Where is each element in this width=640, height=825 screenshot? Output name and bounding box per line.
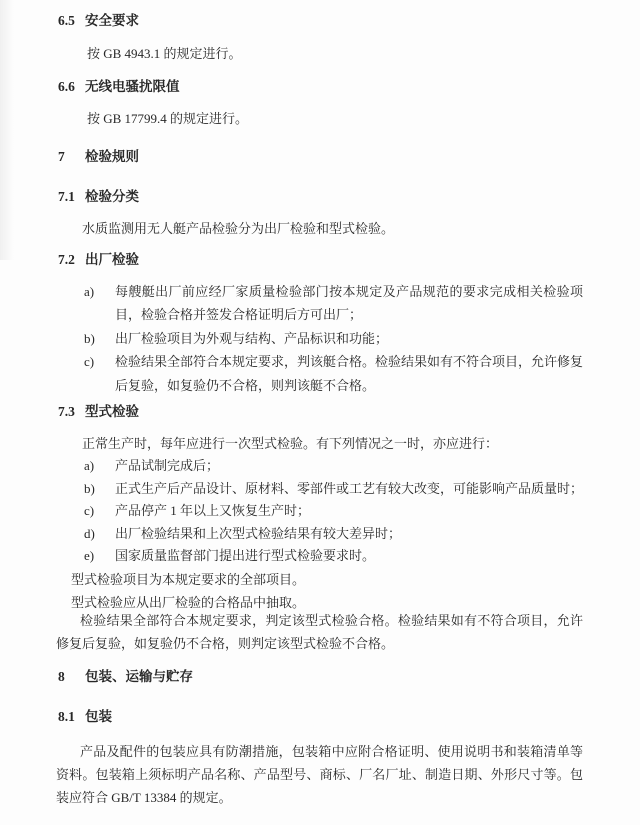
list-marker: c) bbox=[84, 500, 94, 523]
section-title: 出厂检验 bbox=[85, 252, 139, 267]
section-heading-6-5: 6.5 安全要求 bbox=[58, 9, 583, 33]
section-number: 7.2 bbox=[58, 248, 75, 272]
document-body: 6.5 安全要求 按 GB 4943.1 的规定进行。 6.6 无线电骚扰限值 … bbox=[56, 9, 583, 809]
chapter-number: 8 bbox=[58, 665, 65, 689]
list-marker: a) bbox=[84, 280, 94, 304]
paragraph-8-1: 产品及配件的包装应具有防潮措施，包装箱中应附合格证明、使用说明书和装箱清单等资料… bbox=[56, 740, 583, 809]
list-item-text: 正式生产后产品设计、原材料、零部件或工艺有较大改变，可能影响产品质量时； bbox=[115, 481, 583, 496]
list-item: c) 产品停产 1 年以上又恢复生产时； bbox=[56, 500, 583, 523]
list-item-text: 出厂检验结果和上次型式检验结果有较大差异时； bbox=[115, 526, 401, 541]
section-number: 7.1 bbox=[58, 185, 75, 209]
section-number: 6.6 bbox=[58, 75, 75, 99]
list-item: d) 出厂检验结果和上次型式检验结果有较大差异时； bbox=[56, 523, 583, 546]
paragraph-7-3-intro: 正常生产时，每年应进行一次型式检验。有下列情况之一时，亦应进行： bbox=[56, 432, 583, 456]
section-heading-6-6: 6.6 无线电骚扰限值 bbox=[58, 75, 583, 99]
list-7-2: a) 每艘艇出厂前应经厂家质量检验部门按本规定及产品规范的要求完成相关检验项目，… bbox=[56, 280, 583, 398]
list-item: c) 检验结果全部符合本规定要求，判该艇合格。检验结果如有不符合项目，允许修复后… bbox=[56, 350, 583, 397]
list-item: a) 每艘艇出厂前应经厂家质量检验部门按本规定及产品规范的要求完成相关检验项目，… bbox=[56, 280, 583, 327]
chapter-title: 包装、运输与贮存 bbox=[85, 669, 193, 684]
section-heading-8-1: 8.1 包装 bbox=[58, 705, 583, 729]
list-marker: a) bbox=[84, 455, 94, 478]
section-number: 6.5 bbox=[58, 9, 75, 33]
chapter-heading-7: 7 检验规则 bbox=[58, 145, 583, 169]
list-item: e) 国家质量监督部门提出进行型式检验要求时。 bbox=[56, 545, 583, 568]
list-item: b) 出厂检验项目为外观与结构、产品标识和功能； bbox=[56, 327, 583, 351]
list-item-text: 国家质量监督部门提出进行型式检验要求时。 bbox=[115, 548, 375, 563]
paragraph-7-3-conclusion: 检验结果全部符合本规定要求，判定该型式检验合格。检验结果如有不符合项目，允许修复… bbox=[56, 609, 583, 656]
list-marker: b) bbox=[84, 478, 95, 501]
list-item: b) 正式生产后产品设计、原材料、零部件或工艺有较大改变，可能影响产品质量时； bbox=[56, 478, 583, 501]
chapter-title: 检验规则 bbox=[85, 149, 139, 164]
section-number: 7.3 bbox=[58, 400, 75, 424]
section-heading-7-3: 7.3 型式检验 bbox=[58, 400, 583, 424]
paragraph-6-5: 按 GB 4943.1 的规定进行。 bbox=[56, 42, 583, 66]
list-item-text: 检验结果全部符合本规定要求，判该艇合格。检验结果如有不符合项目，允许修复后复验，… bbox=[115, 354, 583, 393]
list-item-text: 出厂检验项目为外观与结构、产品标识和功能； bbox=[115, 331, 388, 346]
paragraph-6-6: 按 GB 17799.4 的规定进行。 bbox=[56, 107, 583, 131]
chapter-number: 7 bbox=[58, 145, 65, 169]
list-marker: c) bbox=[84, 350, 94, 374]
section-title: 包装 bbox=[85, 709, 112, 724]
list-marker: e) bbox=[84, 545, 94, 568]
list-marker: b) bbox=[84, 327, 95, 351]
section-title: 型式检验 bbox=[85, 404, 139, 419]
section-title: 检验分类 bbox=[85, 189, 139, 204]
list-item: a) 产品试制完成后； bbox=[56, 455, 583, 478]
document-page: 6.5 安全要求 按 GB 4943.1 的规定进行。 6.6 无线电骚扰限值 … bbox=[0, 0, 640, 825]
paragraph-7-1: 水质监测用无人艇产品检验分为出厂检验和型式检验。 bbox=[56, 217, 583, 241]
section-title: 无线电骚扰限值 bbox=[85, 79, 180, 94]
chapter-heading-8: 8 包装、运输与贮存 bbox=[58, 665, 583, 689]
list-item-text: 产品试制完成后； bbox=[115, 458, 219, 473]
list-item-text: 每艘艇出厂前应经厂家质量检验部门按本规定及产品规范的要求完成相关检验项目，检验合… bbox=[115, 284, 583, 323]
section-number: 8.1 bbox=[58, 705, 75, 729]
section-heading-7-2: 7.2 出厂检验 bbox=[58, 248, 583, 272]
list-item-text: 产品停产 1 年以上又恢复生产时； bbox=[115, 503, 310, 518]
section-heading-7-1: 7.1 检验分类 bbox=[58, 185, 583, 209]
list-7-3: a) 产品试制完成后； b) 正式生产后产品设计、原材料、零部件或工艺有较大改变… bbox=[56, 455, 583, 568]
list-marker: d) bbox=[84, 523, 95, 546]
paragraph-7-3-note1: 型式检验项目为本规定要求的全部项目。 bbox=[71, 568, 583, 592]
section-title: 安全要求 bbox=[85, 13, 139, 28]
